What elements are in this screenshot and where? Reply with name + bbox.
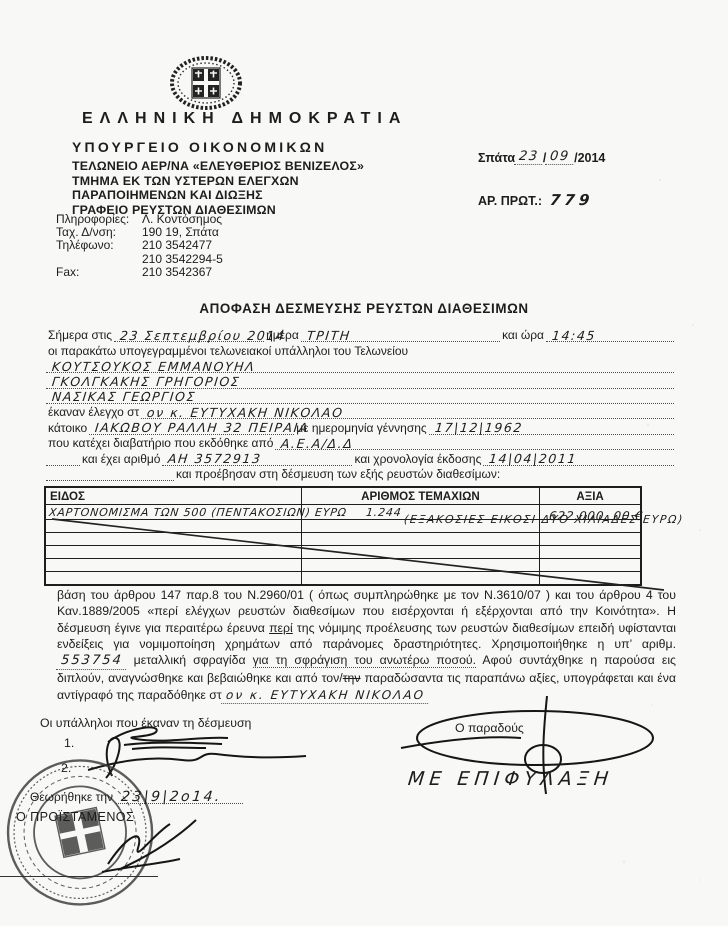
dotted-lead xyxy=(46,465,80,466)
office-lines: ΤΕΛΩΝΕΙΟ ΑΕΡ/ΝΑ «ΕΛΕΥΘΕΡΙΟΣ ΒΕΝΙΖΕΛΟΣ» Τ… xyxy=(72,159,364,217)
approved-label: Θεωρήθηκε την xyxy=(28,790,115,804)
field-dob: 17|12|1962 xyxy=(429,419,674,435)
seizure-table: ΕΙΔΟΣ ΑΡΙΘΜΟΣ ΤΕΜΑΧΙΩΝ ΑΞΙΑ ΧΑΡΤΟΝΟΜΙΣΜΑ… xyxy=(44,486,642,586)
chief-signature xyxy=(96,812,216,878)
place-label: Σπάτα xyxy=(478,151,515,165)
field-residence: ΙΑΚΩΒΟΥ ΡΑΛΛΗ 32 ΠΕΙΡΑΙΑ xyxy=(89,419,294,435)
header-pieces: ΑΡΙΘΜΟΣ ΤΕΜΑΧΙΩΝ xyxy=(301,487,539,505)
officer-line: ΝΑΣΙΚΑΣ ΓΕΩΡΓΙΟΣ xyxy=(46,389,674,404)
officer-line: ΚΟΥΤΣΟΥΚΟΣ ΕΜΜΑΝΟΥΗΛ xyxy=(46,358,674,373)
dotted-lead xyxy=(46,480,174,481)
officers-intro-text: οι παρακάτω υπογεγραμμένοι τελωνειακοί υ… xyxy=(46,344,410,358)
header-kind: ΕΙΔΟΣ xyxy=(45,487,301,505)
scanned-document-page: ΕΛΛΗΝΙΚΗ ΔΗΜΟΚΡΑΤΙΑ ΥΠΟΥΡΓΕΙΟ ΟΙΚΟΝΟΜΙΚΩ… xyxy=(0,0,728,926)
approved-date-handwritten: 23|9|2ο14. xyxy=(114,789,223,805)
stamp-number-handwritten: 553754 xyxy=(56,653,127,670)
date-year: /2014 xyxy=(574,151,605,165)
contact-label xyxy=(56,253,142,266)
label-today: Σήμερα στις xyxy=(46,328,114,342)
footer-divider-line xyxy=(0,876,158,877)
officer-3-name-handwritten: ΝΑΣΙΚΑΣ ΓΕΩΡΓΙΟΣ xyxy=(45,389,197,404)
contact-label: Τηλέφωνο: xyxy=(56,239,142,252)
contact-value: 210 3542294-5 xyxy=(142,253,223,266)
label-dob: με ημερομηνία γέννησης xyxy=(294,421,428,435)
protocol-label: ΑΡ. ΠΡΩΤ.: xyxy=(478,194,542,208)
dob-handwritten: 17|12|1962 xyxy=(428,420,524,435)
document-title: ΑΠΟΦΑΣΗ ΔΕΣΜΕΥΣΗΣ ΡΕΥΣΤΩΝ ΔΙΑΘΕΣΙΜΩΝ xyxy=(0,301,728,316)
subject-name-handwritten: ον κ. ΕΥΤΥΧΑΚΗ ΝΙΚΟΛΑΟ xyxy=(140,405,344,420)
contact-row: 210 3542294-5 xyxy=(56,253,223,266)
field-time: 14:45 xyxy=(546,326,674,342)
contact-label: Fax: xyxy=(56,266,142,279)
reservation-note-handwritten: ΜΕ ΕΠΙΦΥΛΑΞΗ xyxy=(407,768,614,790)
contact-row: Τηλέφωνο:210 3542477 xyxy=(56,239,223,252)
pieces-handwritten: 1.244 xyxy=(365,506,402,519)
label-time: και ώρα xyxy=(500,328,546,342)
officer-2-name-handwritten: ΓΚΟΛΓΚΑΚΗΣ ΓΡΗΓΟΡΙΟΣ xyxy=(45,374,241,389)
approved-date-field: 23|9|2ο14. xyxy=(115,787,243,804)
time-handwritten: 14:45 xyxy=(545,328,597,343)
form-line-passport: που κατέχει διαβατήριο που εκδόθηκε από … xyxy=(46,435,674,450)
greek-emblem-icon xyxy=(168,55,244,111)
protocol-line: ΑΡ. ΠΡΩΤ.:779 xyxy=(478,191,593,209)
table-empty-row xyxy=(45,572,641,586)
office-line: ΠΑΡΑΠΟΙΗΜΕΝΩΝ ΚΑΙ ΔΙΩΞΗΣ xyxy=(72,188,364,203)
form-line-officers-intro: οι παρακάτω υπογεγραμμένοι τελωνειακοί υ… xyxy=(46,342,674,357)
header-value: ΑΞΙΑ xyxy=(540,487,641,505)
residence-handwritten: ΙΑΚΩΒΟΥ ΡΑΛΛΗ 32 ΠΕΙΡΑΙΑ xyxy=(88,420,310,435)
field-subject: ον κ. ΕΥΤΥΧΑΚΗ ΝΙΚΟΛΑΟ xyxy=(141,403,674,419)
republic-title: ΕΛΛΗΝΙΚΗ ΔΗΜΟΚΡΑΤΙΑ xyxy=(82,110,407,128)
label-passport: που κατέχει διαβατήριο που εκδόθηκε από xyxy=(46,436,275,450)
label-number: και έχει αριθμό xyxy=(80,452,162,466)
emblem-cross-shield xyxy=(192,68,220,98)
field-issue-date: 14|04|2011 xyxy=(483,450,674,466)
day-handwritten: ΤΡΙΤΗ xyxy=(300,328,351,343)
legal-mid2: μεταλλική σφραγίδα xyxy=(127,653,253,667)
form-body: Σήμερα στις 23 Σεπτεμβρίου 2014 ημέρα ΤΡ… xyxy=(46,327,674,481)
passport-number-handwritten: ΑΗ 3572913 xyxy=(162,451,263,466)
office-line: ΤΜΗΜΑ ΕΚ ΤΩΝ ΥΣΤΕΡΩΝ ΕΛΕΓΧΩΝ xyxy=(72,174,364,189)
field-officer-3: ΝΑΣΙΚΑΣ ΓΕΩΡΓΙΟΣ xyxy=(46,388,674,404)
date-month-handwritten: 09 xyxy=(546,149,575,165)
form-line-residence: κάτοικο ΙΑΚΩΒΟΥ ΡΑΛΛΗ 32 ΠΕΙΡΑΙΑ με ημερ… xyxy=(46,419,674,434)
seizure-table-wrap: ΕΙΔΟΣ ΑΡΙΘΜΟΣ ΤΕΜΑΧΙΩΝ ΑΞΙΑ ΧΑΡΤΟΝΟΜΙΣΜΑ… xyxy=(44,486,642,586)
struck-word: την xyxy=(343,671,361,685)
field-passport-issuer: Α.Ε.Α/Δ.Δ xyxy=(275,434,674,450)
date-day-handwritten: 23 xyxy=(514,149,543,165)
label-issue-date: και χρονολογία έκδοσης xyxy=(352,452,483,466)
legal-underlined-word: περί xyxy=(269,621,293,635)
contact-block: Πληροφορίες:Λ. Κοντόσημος Ταχ. Δ/νση:190… xyxy=(56,213,223,279)
form-line-date: Σήμερα στις 23 Σεπτεμβρίου 2014 ημέρα ΤΡ… xyxy=(46,327,674,342)
ministry-title: ΥΠΟΥΡΓΕΙΟ ΟΙΚΟΝΟΜΙΚΩΝ xyxy=(72,139,327,155)
field-officer-1: ΚΟΥΤΣΟΥΚΟΣ ΕΜΜΑΝΟΥΗΛ xyxy=(46,357,674,373)
form-line-seizure: και προέβησαν στη δέσμευση των εξής ρευσ… xyxy=(46,466,674,481)
table-empty-row xyxy=(45,546,641,559)
cell-kind: ΧΑΡΤΟΝΟΜΙΣΜΑ ΤΩΝ 500 (ΠΕΝΤΑΚΟΣΙΩΝ) ΕΥΡΩ xyxy=(45,505,301,520)
form-line-subject: έκαναν έλεγχο στ ον κ. ΕΥΤΥΧΑΚΗ ΝΙΚΟΛΑΟ xyxy=(46,404,674,419)
contact-value: 210 3542367 xyxy=(142,266,212,279)
field-passport-number: ΑΗ 3572913 xyxy=(162,450,352,466)
contact-row: Fax:210 3542367 xyxy=(56,266,223,279)
form-line-passport-number: και έχει αριθμό ΑΗ 3572913 και χρονολογί… xyxy=(46,450,674,465)
officer-1-name-handwritten: ΚΟΥΤΣΟΥΚΟΣ ΕΜΜΑΝΟΥΗΛ xyxy=(45,359,256,374)
label-checked: έκαναν έλεγχο στ xyxy=(46,405,141,419)
passport-issuer-handwritten: Α.Ε.Α/Δ.Δ xyxy=(275,436,355,451)
seizure-intro-text: και προέβησαν στη δέσμευση των εξής ρευσ… xyxy=(174,467,502,481)
legal-paragraph: βάση του άρθρου 147 παρ.8 του Ν.2960/01 … xyxy=(57,587,676,704)
date-handwritten: 23 Σεπτεμβρίου 2014 xyxy=(113,328,286,343)
field-date: 23 Σεπτεμβρίου 2014 xyxy=(114,326,264,342)
contact-value: 210 3542477 xyxy=(142,239,212,252)
protocol-number-handwritten: 779 xyxy=(549,191,594,209)
signature-number-1: 1. xyxy=(64,736,74,750)
table-empty-row xyxy=(45,559,641,572)
kind-handwritten: ΧΑΡΤΟΝΟΜΙΣΜΑ ΤΩΝ 500 (ΠΕΝΤΑΚΟΣΙΩΝ) ΕΥΡΩ xyxy=(48,506,347,519)
field-officer-2: ΓΚΟΛΓΚΑΚΗΣ ΓΡΗΓΟΡΙΟΣ xyxy=(46,373,674,389)
label-resident: κάτοικο xyxy=(46,421,89,435)
field-day: ΤΡΙΤΗ xyxy=(301,326,500,342)
office-line: ΤΕΛΩΝΕΙΟ ΑΕΡ/ΝΑ «ΕΛΕΥΘΕΡΙΟΣ ΒΕΝΙΖΕΛΟΣ» xyxy=(72,159,364,174)
approved-line: Θεωρήθηκε την 23|9|2ο14. xyxy=(28,787,243,804)
place-date-line: Σπάτα23/09/2014 xyxy=(478,151,605,167)
table-header-row: ΕΙΔΟΣ ΑΡΙΘΜΟΣ ΤΕΜΑΧΙΩΝ ΑΞΙΑ xyxy=(45,487,641,505)
value-in-words-handwritten: (ΕΞΑΚΟΣΙΕΣ ΕΙΚΟΣΙ ΔΥΟ ΧΙΛΙΑΔΕΣ ΕΥΡΩ) xyxy=(403,513,684,526)
officer-line: ΓΚΟΛΓΚΑΚΗΣ ΓΡΗΓΟΡΙΟΣ xyxy=(46,373,674,388)
legal-seal-phrase: για τη σφράγιση του ανωτέρω ποσού. xyxy=(253,653,476,668)
table-empty-row xyxy=(45,533,641,546)
issue-date-handwritten: 14|04|2011 xyxy=(483,451,579,466)
